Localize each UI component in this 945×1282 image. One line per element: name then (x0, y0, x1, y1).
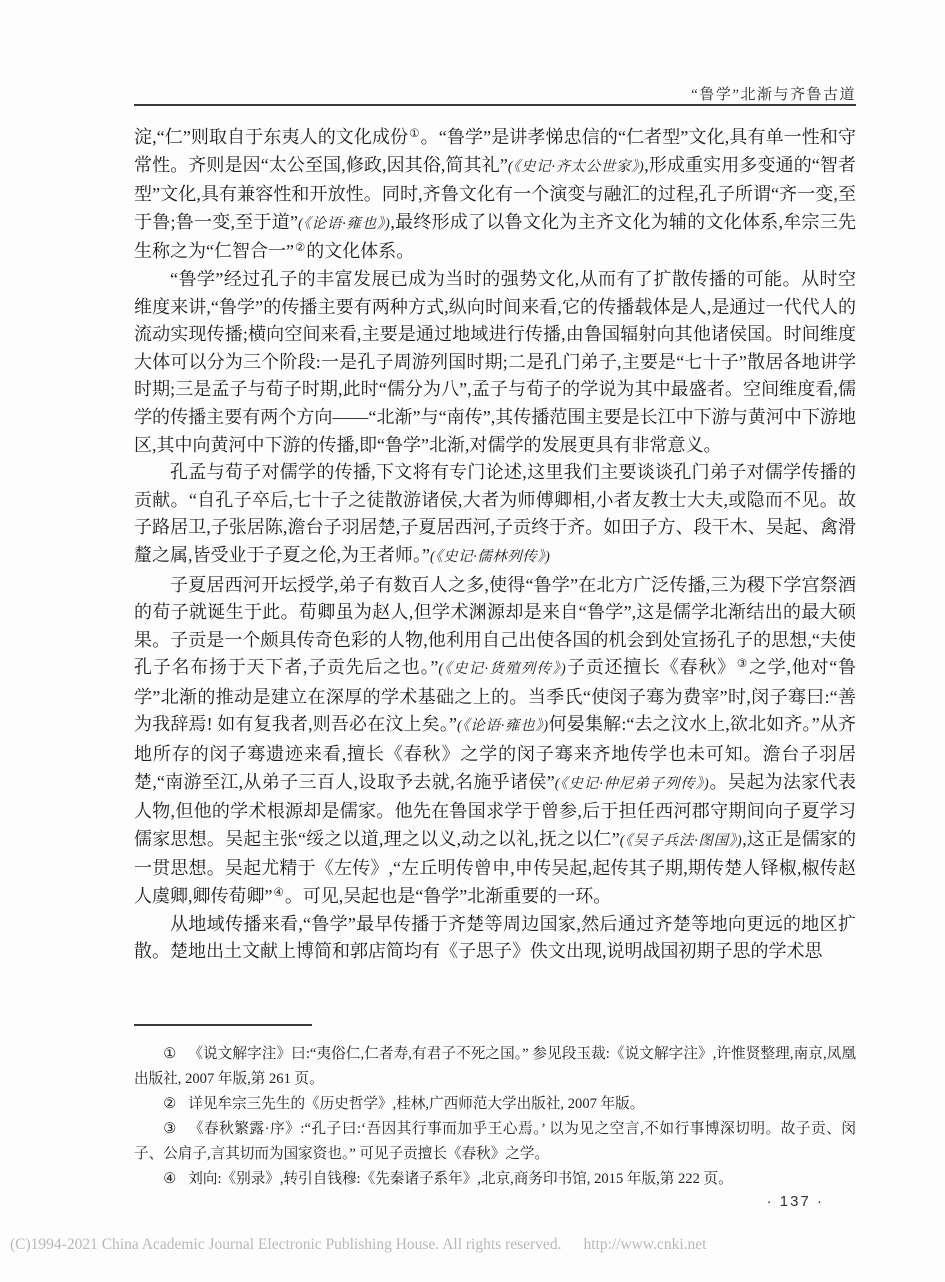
footnote-item: ④刘向:《别录》,转引自钱穆:《先秦诸子系年》,北京,商务印书馆, 2015 年… (134, 1167, 856, 1192)
body-paragraph: 从地域传播来看,“鲁学”最早传播于齐楚等周边国家,然后通过齐楚等地向更远的地区扩… (134, 911, 856, 966)
footnote-number: ③ (163, 1121, 177, 1137)
footnote-text: 详见牟宗三先生的《历史哲学》,桂林,广西师范大学出版社, 2007 年版。 (188, 1096, 644, 1112)
footnote-ref: ② (294, 242, 306, 254)
footnote-number: ④ (163, 1171, 176, 1187)
footnote-text: 《说文解字注》曰:“夷俗仁,仁者寿,有君子不死之国。” 参见段玉裁:《说文解字注… (134, 1046, 856, 1087)
footnote-ref: ① (408, 128, 420, 140)
citation-run: (《论语·雍也》) (298, 216, 390, 232)
text-run: 。可见,吴起也是“鲁学”北渐重要的一环。 (285, 886, 611, 906)
body-paragraph: 子夏居西河开坛授学,弟子有数百人之多,使得“鲁学”在北方广泛传播,三为稷下学宫祭… (134, 572, 856, 911)
watermark-footer: (C)1994-2021 China Academic Journal Elec… (10, 1236, 940, 1254)
footnotes: ①《说文解字注》曰:“夷俗仁,仁者寿,有君子不死之国。” 参见段玉裁:《说文解字… (134, 1042, 856, 1192)
copyright-text: (C)1994-2021 China Academic Journal Elec… (10, 1236, 561, 1253)
running-title: “鲁学”北渐与齐鲁古道 (134, 83, 856, 104)
citation-run: (《史记·货殖列传》) (438, 661, 566, 677)
citation-run: (《史记·仲尼弟子列传》) (555, 776, 709, 792)
text-run: “鲁学”经过孔子的丰富发展已成为当时的强势文化,从而有了扩散传播的可能。从时空维… (134, 269, 856, 455)
body-paragraph: “鲁学”经过孔子的丰富发展已成为当时的强势文化,从而有了扩散传播的可能。从时空维… (134, 266, 856, 459)
footnote-text: 《春秋繁露·序》:“孔子曰:‘吾因其行事而加乎王心焉。’ 以为见之空言,不如行事… (134, 1121, 856, 1162)
footnote-item: ①《说文解字注》曰:“夷俗仁,仁者寿,有君子不死之国。” 参见段玉裁:《说文解字… (134, 1042, 856, 1092)
header-rule (134, 104, 856, 106)
footnote-ref: ③ (736, 658, 749, 670)
footnote-item: ③《春秋繁露·序》:“孔子曰:‘吾因其行事而加乎王心焉。’ 以为见之空言,不如行… (134, 1117, 856, 1167)
scanned-paper-page: “鲁学”北渐与齐鲁古道 淀,“仁”则取自于东夷人的文化成份①。“鲁学”是讲孝悌忠… (0, 0, 945, 1282)
text-run: 子贡还擅长《春秋》 (566, 657, 736, 677)
footnote-text: 刘向:《别录》,转引自钱穆:《先秦诸子系年》,北京,商务印书馆, 2015 年版… (188, 1171, 732, 1187)
citation-run: (《论语·雍也》) (457, 718, 549, 734)
footnote-ref: ④ (273, 887, 285, 899)
article-body: 淀,“仁”则取自于东夷人的文化成份①。“鲁学”是讲孝悌忠信的“仁者型”文化,具有… (134, 124, 856, 966)
text-run: 从地域传播来看,“鲁学”最早传播于齐楚等周边国家,然后通过齐楚等地向更远的地区扩… (134, 914, 856, 962)
page-number: · 137 · (134, 1193, 824, 1210)
cnki-url: http://www.cnki.net (583, 1236, 706, 1253)
footnote-number: ② (163, 1096, 176, 1112)
body-paragraph: 孔孟与荀子对儒学的传播,下文将有专门论述,这里我们主要谈谈孔门弟子对儒学传播的贡… (134, 459, 856, 571)
citation-run: (《吴子兵法·图国》) (620, 833, 742, 849)
citation-run: (《史记·齐太公世家》) (508, 159, 644, 175)
footnote-separator (134, 1024, 312, 1026)
footnote-number: ① (163, 1046, 176, 1062)
citation-run: (《史记·儒林列传》) (430, 549, 550, 565)
text-run: 淀,“仁”则取自于东夷人的文化成份 (134, 127, 408, 147)
text-run: 的文化体系。 (306, 241, 414, 261)
footnote-item: ②详见牟宗三先生的《历史哲学》,桂林,广西师范大学出版社, 2007 年版。 (134, 1092, 856, 1117)
body-paragraph: 淀,“仁”则取自于东夷人的文化成份①。“鲁学”是讲孝悌忠信的“仁者型”文化,具有… (134, 124, 856, 266)
